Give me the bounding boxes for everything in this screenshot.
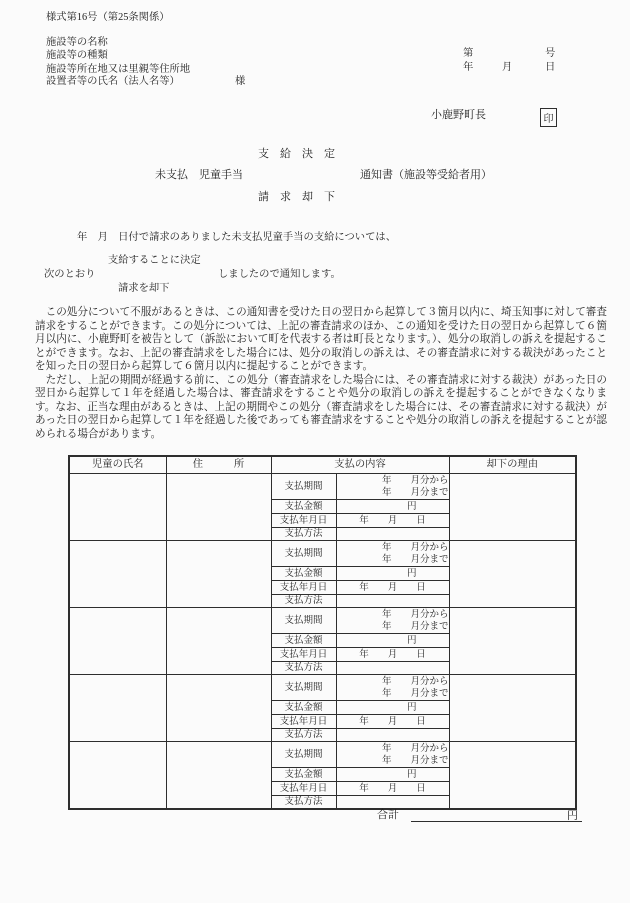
payment-period-value: 年 月分から 年 月分まで [336, 608, 449, 634]
period-to: 年 月分まで [337, 554, 449, 566]
payment-amount-value: 円 [336, 500, 449, 514]
payment-method-value [336, 595, 449, 608]
legal-notice: この処分について不服があるときは、この通知書を受けた日の翌日から起算して３箇月以… [35, 306, 607, 441]
child-name-cell [69, 742, 166, 810]
table-header-row: 児童の氏名 住 所 支払の内容 却下の理由 [69, 456, 576, 474]
payment-method-value [336, 528, 449, 541]
payment-amount-label: 支払金額 [271, 500, 336, 514]
payment-period-label: 支払期間 [271, 474, 336, 500]
decision-tail: しましたので通知します。 [218, 269, 341, 282]
rejection-reason-cell [449, 608, 576, 675]
total-unit: 円 [567, 810, 578, 822]
period-to: 年 月分まで [337, 755, 449, 767]
payment-amount-value: 円 [336, 567, 449, 581]
intro-line: 年 月 日付で請求のありました未支払児童手当の支給については、 [77, 232, 396, 245]
total-amount-blank: 円 [411, 807, 582, 822]
header-rejection-reason: 却下の理由 [449, 456, 576, 474]
table-row: 支払期間 年 月分から 年 月分まで [69, 742, 576, 768]
payment-amount-value: 円 [336, 634, 449, 648]
payment-date-label: 支払年月日 [271, 782, 336, 796]
title-option-reject: 請 求 却 下 [258, 191, 335, 205]
payment-method-label: 支払方法 [271, 528, 336, 541]
period-to: 年 月分まで [337, 487, 449, 499]
payment-period-label: 支払期間 [271, 608, 336, 634]
period-to: 年 月分まで [337, 688, 449, 700]
header-address: 住 所 [166, 456, 271, 474]
payment-period-value: 年 月分から 年 月分まで [336, 474, 449, 500]
facility-address-label: 施設等所在地又は里親等住所地 [46, 64, 190, 77]
rejection-reason-cell [449, 474, 576, 541]
seal-mark: 印 [544, 110, 554, 125]
payment-amount-value: 円 [336, 768, 449, 782]
table-row: 支払期間 年 月分から 年 月分まで [69, 541, 576, 567]
child-name-cell [69, 608, 166, 675]
child-name-cell [69, 541, 166, 608]
rejection-reason-cell [449, 675, 576, 742]
document-page: 様式第16号（第25条関係） 施設等の名称 施設等の種類 施設等所在地又は里親等… [0, 0, 630, 903]
table-row: 支払期間 年 月分から 年 月分まで [69, 474, 576, 500]
payment-method-label: 支払方法 [271, 595, 336, 608]
total-label: 合計 [377, 806, 399, 822]
header-child-name: 児童の氏名 [69, 456, 166, 474]
period-to: 年 月分まで [337, 621, 449, 633]
period-from: 年 月分から [337, 475, 449, 487]
payment-date-value: 年 月 日 [336, 581, 449, 595]
address-cell [166, 608, 271, 675]
header-payment-content: 支払の内容 [271, 456, 449, 474]
payment-method-label: 支払方法 [271, 729, 336, 742]
payment-date-label: 支払年月日 [271, 514, 336, 528]
payment-amount-label: 支払金額 [271, 634, 336, 648]
table-row-group-5: 支払期間 年 月分から 年 月分まで 支払金額 円 支払年月日 年 月 日 支払… [69, 742, 576, 810]
payment-table: 児童の氏名 住 所 支払の内容 却下の理由 支払期間 年 月分から 年 月分まで… [68, 455, 577, 810]
payment-amount-label: 支払金額 [271, 701, 336, 715]
table-row: 支払期間 年 月分から 年 月分まで [69, 608, 576, 634]
address-cell [166, 474, 271, 541]
payment-date-value: 年 月 日 [336, 715, 449, 729]
legal-paragraph-1: この処分について不服があるときは、この通知書を受けた日の翌日から起算して３箇月以… [35, 306, 607, 374]
child-name-cell [69, 675, 166, 742]
payment-period-label: 支払期間 [271, 675, 336, 701]
decision-lead: 次のとおり [44, 269, 95, 282]
payment-method-label: 支払方法 [271, 662, 336, 675]
form-number: 様式第16号（第25条関係） [46, 12, 170, 25]
rejection-reason-cell [449, 541, 576, 608]
total-line: 合計 円 [377, 806, 582, 822]
facility-type-label: 施設等の種類 [46, 50, 108, 63]
owner-label: 設置者等の氏名（法人名等） [46, 76, 180, 89]
title-option-grant: 支 給 決 定 [258, 148, 335, 162]
title-left: 未支払 児童手当 [155, 169, 243, 183]
payment-method-label: 支払方法 [271, 796, 336, 810]
payment-date-label: 支払年月日 [271, 715, 336, 729]
ref-number-suffix: 号 [545, 48, 555, 61]
period-from: 年 月分から [337, 609, 449, 621]
date-month-label: 月 [502, 62, 512, 75]
title-right: 通知書（施設等受給者用） [360, 169, 492, 183]
decision-option-reject: 請求を却下 [118, 283, 169, 296]
rejection-reason-cell [449, 742, 576, 810]
owner-suffix: 様 [235, 76, 245, 89]
table-row-group-3: 支払期間 年 月分から 年 月分まで 支払金額 円 支払年月日 年 月 日 支払… [69, 608, 576, 675]
decision-option-grant: 支給することに決定 [108, 255, 201, 268]
payment-period-label: 支払期間 [271, 742, 336, 768]
ref-number-prefix: 第 [463, 48, 473, 61]
payment-period-value: 年 月分から 年 月分まで [336, 742, 449, 768]
payment-amount-label: 支払金額 [271, 567, 336, 581]
table-row: 支払期間 年 月分から 年 月分まで [69, 675, 576, 701]
period-from: 年 月分から [337, 676, 449, 688]
payment-period-value: 年 月分から 年 月分まで [336, 675, 449, 701]
address-cell [166, 541, 271, 608]
period-from: 年 月分から [337, 542, 449, 554]
child-name-cell [69, 474, 166, 541]
table-row-group-2: 支払期間 年 月分から 年 月分まで 支払金額 円 支払年月日 年 月 日 支払… [69, 541, 576, 608]
table-row-group-4: 支払期間 年 月分から 年 月分まで 支払金額 円 支払年月日 年 月 日 支払… [69, 675, 576, 742]
address-cell [166, 675, 271, 742]
date-day-label: 日 [545, 62, 555, 75]
payment-date-label: 支払年月日 [271, 648, 336, 662]
legal-paragraph-2: ただし、上記の期間が経過する前に、この処分（審査請求をした場合には、その審査請求… [35, 374, 607, 442]
period-from: 年 月分から [337, 743, 449, 755]
seal-box: 印 [540, 108, 557, 127]
payment-date-value: 年 月 日 [336, 648, 449, 662]
payment-amount-label: 支払金額 [271, 768, 336, 782]
address-cell [166, 742, 271, 810]
issuer-title: 小鹿野町長 [431, 109, 486, 123]
facility-name-label: 施設等の名称 [46, 37, 108, 50]
payment-method-value [336, 662, 449, 675]
payment-date-label: 支払年月日 [271, 581, 336, 595]
payment-date-value: 年 月 日 [336, 514, 449, 528]
payment-date-value: 年 月 日 [336, 782, 449, 796]
payment-amount-value: 円 [336, 701, 449, 715]
date-year-label: 年 [463, 62, 473, 75]
table-row-group-1: 支払期間 年 月分から 年 月分まで 支払金額 円 支払年月日 年 月 日 支払… [69, 474, 576, 541]
payment-period-value: 年 月分から 年 月分まで [336, 541, 449, 567]
payment-method-value [336, 729, 449, 742]
payment-period-label: 支払期間 [271, 541, 336, 567]
